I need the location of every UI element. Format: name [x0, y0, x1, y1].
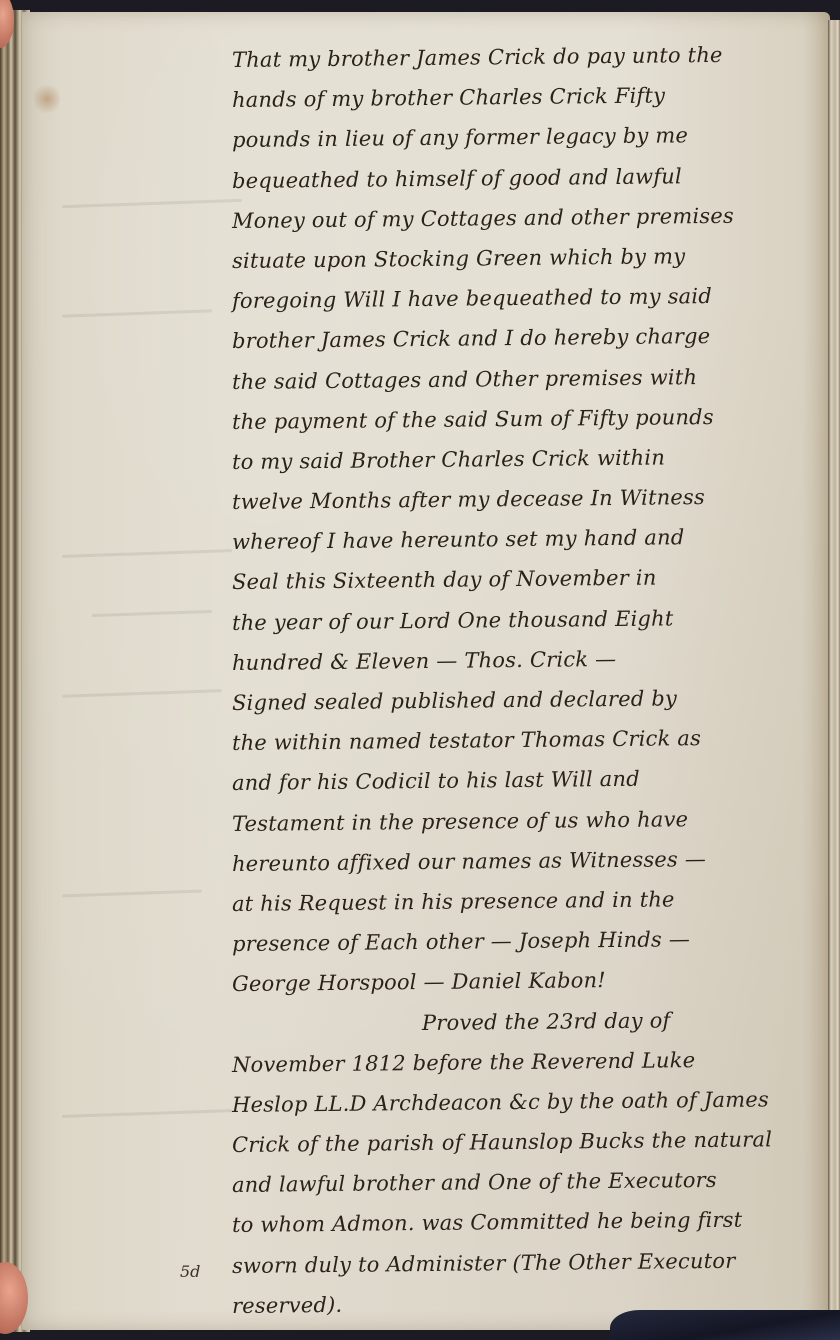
probate-heading: Proved the 23rd day of — [232, 998, 822, 1044]
dark-cloth — [610, 1310, 840, 1340]
text-line: Seal this Sixteenth day of November in — [232, 556, 822, 602]
witness-line: presence of Each other — Joseph Hinds — — [232, 918, 822, 964]
text-line: at his Request in his presence and in th… — [232, 878, 822, 924]
text-line: hereunto affixed our names as Witnesses … — [232, 838, 822, 884]
foxing-stain — [34, 82, 60, 116]
text-line: November 1812 before the Reverend Luke — [232, 1039, 822, 1085]
witness-line: George Horspool — Daniel Kabon! — [232, 958, 822, 1004]
text-line: Money out of my Cottages and other premi… — [232, 195, 822, 241]
text-line: the said Cottages and Other premises wit… — [232, 355, 822, 401]
text-line: and lawful brother and One of the Execut… — [232, 1159, 822, 1205]
text-line: to my said Brother Charles Crick within — [232, 436, 822, 482]
text-line: bequeathed to himself of good and lawful — [232, 154, 822, 200]
manuscript-text: That my brother James Crick do pay unto … — [232, 40, 822, 1326]
bleed-through-text — [62, 890, 202, 898]
text-line: whereof I have hereunto set my hand and — [232, 516, 822, 562]
bleed-through-text — [62, 689, 222, 698]
text-line: Crick of the parish of Haunslop Bucks th… — [232, 1119, 822, 1165]
text-line: Testament in the presence of us who have — [232, 797, 822, 843]
bleed-through-text — [62, 549, 232, 558]
text-line: the year of our Lord One thousand Eight — [232, 596, 822, 642]
margin-note: 5d — [180, 1262, 200, 1281]
text-line: brother James Crick and I do hereby char… — [232, 315, 822, 361]
text-line: and for his Codicil to his last Will and — [232, 757, 822, 803]
text-line: the within named testator Thomas Crick a… — [232, 717, 822, 763]
manuscript-photo: That my brother James Crick do pay unto … — [0, 0, 840, 1340]
text-line: situate upon Stocking Green which by my — [232, 235, 822, 281]
text-line: Heslop LL.D Archdeacon &c by the oath of… — [232, 1079, 822, 1125]
text-line: That my brother James Crick do pay unto … — [232, 34, 822, 80]
text-line: hands of my brother Charles Crick Fifty — [232, 74, 822, 120]
bleed-through-text — [62, 1109, 232, 1118]
text-line: foregoing Will I have bequeathed to my s… — [232, 275, 822, 321]
signature-line-testator: hundred & Eleven — Thos. Crick — — [232, 637, 822, 683]
bleed-through-text — [62, 309, 212, 317]
bleed-through-text — [62, 199, 242, 208]
bleed-through-text — [92, 610, 212, 617]
text-line: twelve Months after my decease In Witnes… — [232, 476, 822, 522]
text-line: sworn duly to Administer (The Other Exec… — [232, 1239, 822, 1285]
book-page-edges-right — [828, 20, 840, 1325]
text-line: Signed sealed published and declared by — [232, 677, 822, 723]
text-line: the payment of the said Sum of Fifty pou… — [232, 396, 822, 442]
text-line: to whom Admon. was Committed he being fi… — [232, 1199, 822, 1245]
text-line: pounds in lieu of any former legacy by m… — [232, 114, 822, 160]
